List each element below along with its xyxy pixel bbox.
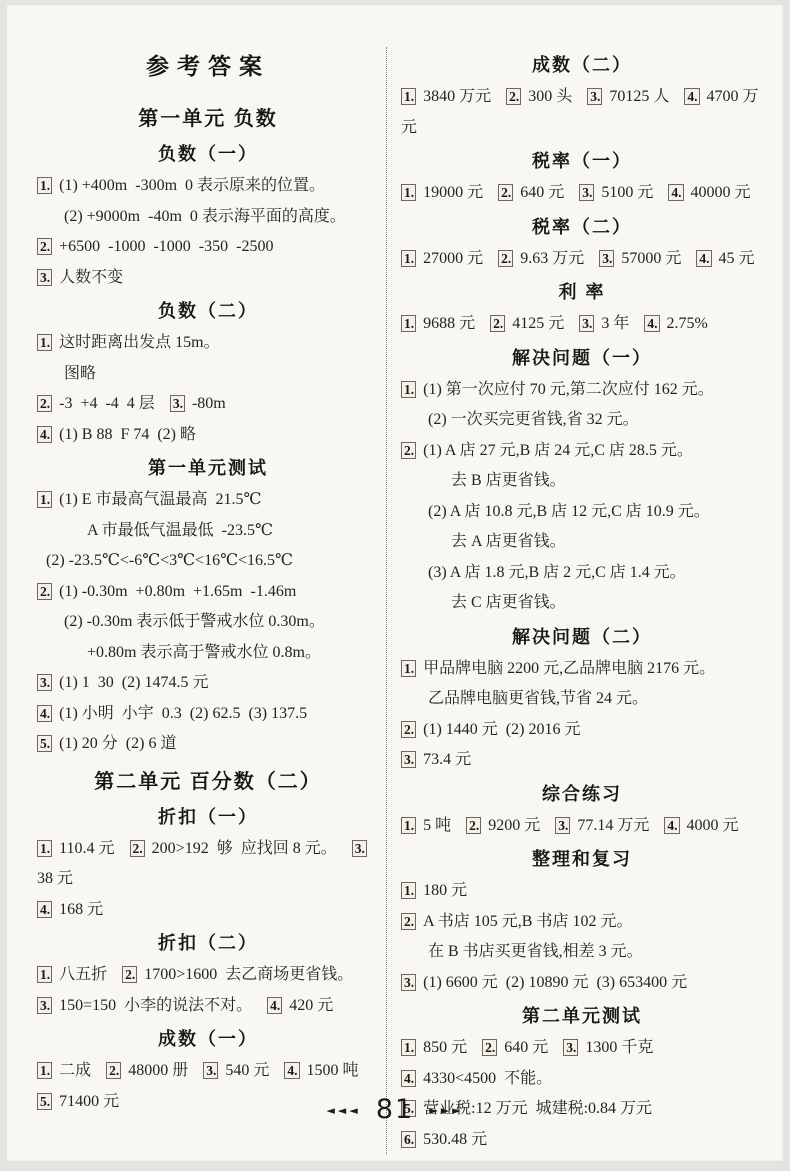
item-number: 1. [401,250,416,267]
item-number: 1. [37,334,52,351]
answer-line: 去 A 店更省钱。 [401,527,763,558]
answer-text: 在 B 书店买更省钱,相差 3 元。 [428,943,643,960]
right-column: 成数（二）1.3840 万元2.300 头3.70125 人4.4700 万元税… [387,47,763,1155]
section-heading: 折扣（一） [37,802,379,832]
item-number: 3. [401,974,416,991]
item-number: 3. [352,840,367,857]
answer-text: 180 元 [423,882,467,899]
page-footer: ◄◄◄ 81 ►►► [7,1094,783,1125]
answer-text: +0.80m 表示高于警戒水位 0.8m。 [87,644,321,661]
answer-text: 850 元 [423,1039,467,1056]
answer-line: 3.73.4 元 [401,745,763,776]
answer-text: 人数不变 [59,269,123,286]
answer-line: 1.二成2.48000 册3.540 元4.1500 吨 [37,1056,379,1087]
answer-text: 去 C 店更省钱。 [451,594,566,611]
answer-line: (2) A 店 10.8 元,B 店 12 元,C 店 10.9 元。 [401,497,763,528]
answer-text: (2) -23.5℃<-6℃<3℃<16℃<16.5℃ [46,552,293,569]
answer-text: +6500 -1000 -1000 -350 -2500 [59,238,273,255]
answer-line: 2.(1) A 店 27 元,B 店 24 元,C 店 28.5 元。 [401,436,763,467]
answer-text: (1) 第一次应付 70 元,第二次应付 162 元。 [423,381,714,398]
answer-text: (1) 1 30 (2) 1474.5 元 [59,674,208,691]
answer-line: 1.5 吨2.9200 元3.77.14 万元4.4000 元 [401,811,763,842]
answer-line: 1.这时距离出发点 15m。 [37,328,379,359]
section-heading: 利 率 [401,277,763,307]
answer-text: 640 元 [504,1039,548,1056]
answer-line: 3.人数不变 [37,263,379,294]
unit-heading: 第一单元 负数 [37,103,379,135]
item-number: 3. [203,1062,218,1079]
item-number: 3. [37,269,52,286]
answer-text: (1) -0.30m +0.80m +1.65m -1.46m [59,583,296,600]
item-number: 6. [401,1131,416,1148]
columns-container: 参考答案第一单元 负数负数（一）1.(1) +400m -300m 0 表示原来… [7,5,783,1155]
answer-text: 5100 元 [601,184,653,201]
answer-text: (1) +400m -300m 0 表示原来的位置。 [59,177,325,194]
section-heading: 综合练习 [401,779,763,809]
answer-text: (1) 20 分 (2) 6 道 [59,735,176,752]
answer-line: +0.80m 表示高于警戒水位 0.8m。 [37,638,379,669]
answers-title: 参考答案 [37,49,379,83]
answer-text: 77.14 万元 [577,817,649,834]
answer-line: 1.八五折2.1700>1600 去乙商场更省钱。 [37,960,379,991]
answer-line: 2.-3 +4 -4 4 层3.-80m [37,389,379,420]
answer-text: 乙品牌电脑更省钱,节省 24 元。 [428,690,648,707]
answer-line: 1.(1) +400m -300m 0 表示原来的位置。 [37,171,379,202]
item-number: 2. [490,315,505,332]
section-heading: 成数（一） [37,1024,379,1054]
answer-text: (1) A 店 27 元,B 店 24 元,C 店 28.5 元。 [423,442,693,459]
answer-line: 1.(1) 第一次应付 70 元,第二次应付 162 元。 [401,375,763,406]
answer-text: (1) 6600 元 (2) 10890 元 (3) 653400 元 [423,974,687,991]
answer-line: 3.(1) 1 30 (2) 1474.5 元 [37,668,379,699]
answer-text: 640 元 [520,184,564,201]
answer-text: 八五折 [59,966,107,983]
answer-text: (2) -0.30m 表示低于警戒水位 0.30m。 [64,613,325,630]
item-number: 3. [401,751,416,768]
item-number: 2. [498,250,513,267]
item-number: 2. [37,238,52,255]
section-heading: 负数（二） [37,296,379,326]
answer-text: 57000 元 [621,250,681,267]
answer-line: (2) 一次买完更省钱,省 32 元。 [401,405,763,436]
answer-text: 300 头 [528,88,572,105]
answer-text: 1300 千克 [585,1039,653,1056]
item-number: 1. [37,840,52,857]
answer-line: 4.168 元 [37,895,379,926]
answer-line: 1.19000 元2.640 元3.5100 元4.40000 元 [401,178,763,209]
footer-right-arrows-icon: ►►► [429,1104,463,1117]
answer-text: -3 +4 -4 4 层 [59,395,155,412]
section-heading: 负数（一） [37,139,379,169]
page-number: 81 [376,1094,414,1125]
item-number: 2. [37,395,52,412]
answer-text: (2) +9000m -40m 0 表示海平面的高度。 [64,208,346,225]
item-number: 3. [599,250,614,267]
item-number: 3. [37,997,52,1014]
answer-line: 4.4330<4500 不能。 [401,1064,763,1095]
answer-text: 45 元 [719,250,755,267]
item-number: 4. [37,901,52,918]
answer-text: 4330<4500 不能。 [423,1070,552,1087]
item-number: 3. [587,88,602,105]
answer-line: 去 B 店更省钱。 [401,466,763,497]
answer-line: 1.3840 万元2.300 头3.70125 人4.4700 万元 [401,82,763,143]
answer-line: 1.850 元2.640 元3.1300 千克 [401,1033,763,1064]
answer-line: 2.A 书店 105 元,B 书店 102 元。 [401,907,763,938]
answer-text: (1) E 市最高气温最高 21.5℃ [59,491,261,508]
answer-line: 5.(1) 20 分 (2) 6 道 [37,729,379,760]
answer-text: 1700>1600 去乙商场更省钱。 [144,966,353,983]
answer-line: 2.(1) -0.30m +0.80m +1.65m -1.46m [37,577,379,608]
answer-text: A 书店 105 元,B 书店 102 元。 [423,913,632,930]
item-number: 4. [284,1062,299,1079]
item-number: 3. [555,817,570,834]
answer-text: 二成 [59,1062,91,1079]
answer-line: 去 C 店更省钱。 [401,588,763,619]
item-number: 4. [664,817,679,834]
answer-text: (1) 小明 小宇 0.3 (2) 62.5 (3) 137.5 [59,705,307,722]
answer-line: 在 B 书店买更省钱,相差 3 元。 [401,937,763,968]
answer-text: 150=150 小李的说法不对。 [59,997,252,1014]
item-number: 2. [482,1039,497,1056]
answer-line: 1.甲品牌电脑 2200 元,乙品牌电脑 2176 元。 [401,654,763,685]
answer-line: 1.110.4 元2.200>192 够 应找回 8 元。3.38 元 [37,834,379,895]
answer-text: A 市最低气温最低 -23.5℃ [87,522,273,539]
answer-text: 去 A 店更省钱。 [451,533,566,550]
answer-text: 19000 元 [423,184,483,201]
answer-text: -80m [192,395,226,412]
answer-text: 1500 吨 [307,1062,359,1079]
answer-line: (3) A 店 1.8 元,B 店 2 元,C 店 1.4 元。 [401,558,763,589]
answer-text: 73.4 元 [423,751,471,768]
item-number: 4. [696,250,711,267]
answer-line: (2) -0.30m 表示低于警戒水位 0.30m。 [37,607,379,638]
item-number: 3. [579,315,594,332]
item-number: 4. [644,315,659,332]
item-number: 1. [401,882,416,899]
answer-text: 540 元 [225,1062,269,1079]
item-number: 1. [37,966,52,983]
section-heading: 成数（二） [401,50,763,80]
item-number: 5. [37,735,52,752]
item-number: 2. [106,1062,121,1079]
item-number: 1. [37,491,52,508]
item-number: 4. [267,997,282,1014]
section-heading: 第二单元测试 [401,1001,763,1031]
answer-text: 70125 人 [609,88,669,105]
answer-line: 1.(1) E 市最高气温最高 21.5℃ [37,485,379,516]
item-number: 1. [401,660,416,677]
item-number: 4. [668,184,683,201]
answer-text: 9.63 万元 [520,250,584,267]
item-number: 1. [401,315,416,332]
item-number: 1. [401,1039,416,1056]
answer-text: 3 年 [601,315,629,332]
answer-line: 1.27000 元2.9.63 万元3.57000 元4.45 元 [401,244,763,275]
answer-line: 3.(1) 6600 元 (2) 10890 元 (3) 653400 元 [401,968,763,999]
section-heading: 税率（二） [401,212,763,242]
answer-text: (1) 1440 元 (2) 2016 元 [423,721,580,738]
answer-text: 110.4 元 [59,840,114,857]
item-number: 2. [506,88,521,105]
answer-text: 420 元 [289,997,333,1014]
item-number: 3. [37,674,52,691]
answer-text: (2) A 店 10.8 元,B 店 12 元,C 店 10.9 元。 [428,503,710,520]
answer-line: (2) -23.5℃<-6℃<3℃<16℃<16.5℃ [37,546,379,577]
item-number: 1. [401,381,416,398]
item-number: 4. [684,88,699,105]
answer-line: (2) +9000m -40m 0 表示海平面的高度。 [37,202,379,233]
left-column: 参考答案第一单元 负数负数（一）1.(1) +400m -300m 0 表示原来… [37,47,379,1155]
answer-line: 图略 [37,359,379,390]
item-number: 2. [498,184,513,201]
answer-line: 4.(1) B 88 F 74 (2) 略 [37,420,379,451]
item-number: 1. [401,88,416,105]
answer-text: 3840 万元 [423,88,491,105]
answer-text: (2) 一次买完更省钱,省 32 元。 [428,411,639,428]
item-number: 4. [37,426,52,443]
answer-line: A 市最低气温最低 -23.5℃ [37,516,379,547]
item-number: 2. [401,442,416,459]
unit-heading: 第二单元 百分数（二） [37,766,379,798]
answer-line: 4.(1) 小明 小宇 0.3 (2) 62.5 (3) 137.5 [37,699,379,730]
section-heading: 税率（一） [401,146,763,176]
answer-line: 6.530.48 元 [401,1125,763,1156]
answer-line: 3.150=150 小李的说法不对。4.420 元 [37,991,379,1022]
answer-text: 图略 [64,365,96,382]
section-heading: 解决问题（二） [401,622,763,652]
answer-text: 这时距离出发点 15m。 [59,334,219,351]
answer-text: 40000 元 [691,184,751,201]
item-number: 2. [37,583,52,600]
answer-text: 去 B 店更省钱。 [451,472,566,489]
answer-text: 38 元 [37,870,73,887]
item-number: 4. [37,705,52,722]
answer-line: 1.180 元 [401,876,763,907]
item-number: 3. [563,1039,578,1056]
answer-text: 27000 元 [423,250,483,267]
answer-text: 200>192 够 应找回 8 元。 [152,840,337,857]
section-heading: 解决问题（一） [401,343,763,373]
answer-text: 2.75% [667,315,708,332]
item-number: 3. [170,395,185,412]
answer-text: 9688 元 [423,315,475,332]
answer-line: 乙品牌电脑更省钱,节省 24 元。 [401,684,763,715]
item-number: 1. [401,817,416,834]
item-number: 4. [401,1070,416,1087]
item-number: 1. [37,177,52,194]
item-number: 3. [579,184,594,201]
item-number: 2. [401,721,416,738]
answer-text: 4000 元 [687,817,739,834]
answer-text: 甲品牌电脑 2200 元,乙品牌电脑 2176 元。 [423,660,715,677]
answer-line: 2.(1) 1440 元 (2) 2016 元 [401,715,763,746]
answer-line: 1.9688 元2.4125 元3.3 年4.2.75% [401,309,763,340]
footer-left-arrows-icon: ◄◄◄ [326,1104,360,1117]
answer-text: 530.48 元 [423,1131,487,1148]
answer-text: (1) B 88 F 74 (2) 略 [59,426,196,443]
item-number: 2. [401,913,416,930]
item-number: 2. [122,966,137,983]
answer-text: 9200 元 [488,817,540,834]
item-number: 1. [401,184,416,201]
answer-text: 5 吨 [423,817,451,834]
item-number: 2. [466,817,481,834]
item-number: 1. [37,1062,52,1079]
section-heading: 折扣（二） [37,928,379,958]
section-heading: 第一单元测试 [37,453,379,483]
answer-text: 4125 元 [512,315,564,332]
item-number: 2. [130,840,145,857]
answer-page: 参考答案第一单元 负数负数（一）1.(1) +400m -300m 0 表示原来… [7,5,783,1161]
section-heading: 整理和复习 [401,844,763,874]
answer-text: 168 元 [59,901,103,918]
answer-line: 2.+6500 -1000 -1000 -350 -2500 [37,232,379,263]
answer-text: (3) A 店 1.8 元,B 店 2 元,C 店 1.4 元。 [428,564,686,581]
answer-text: 48000 册 [128,1062,188,1079]
